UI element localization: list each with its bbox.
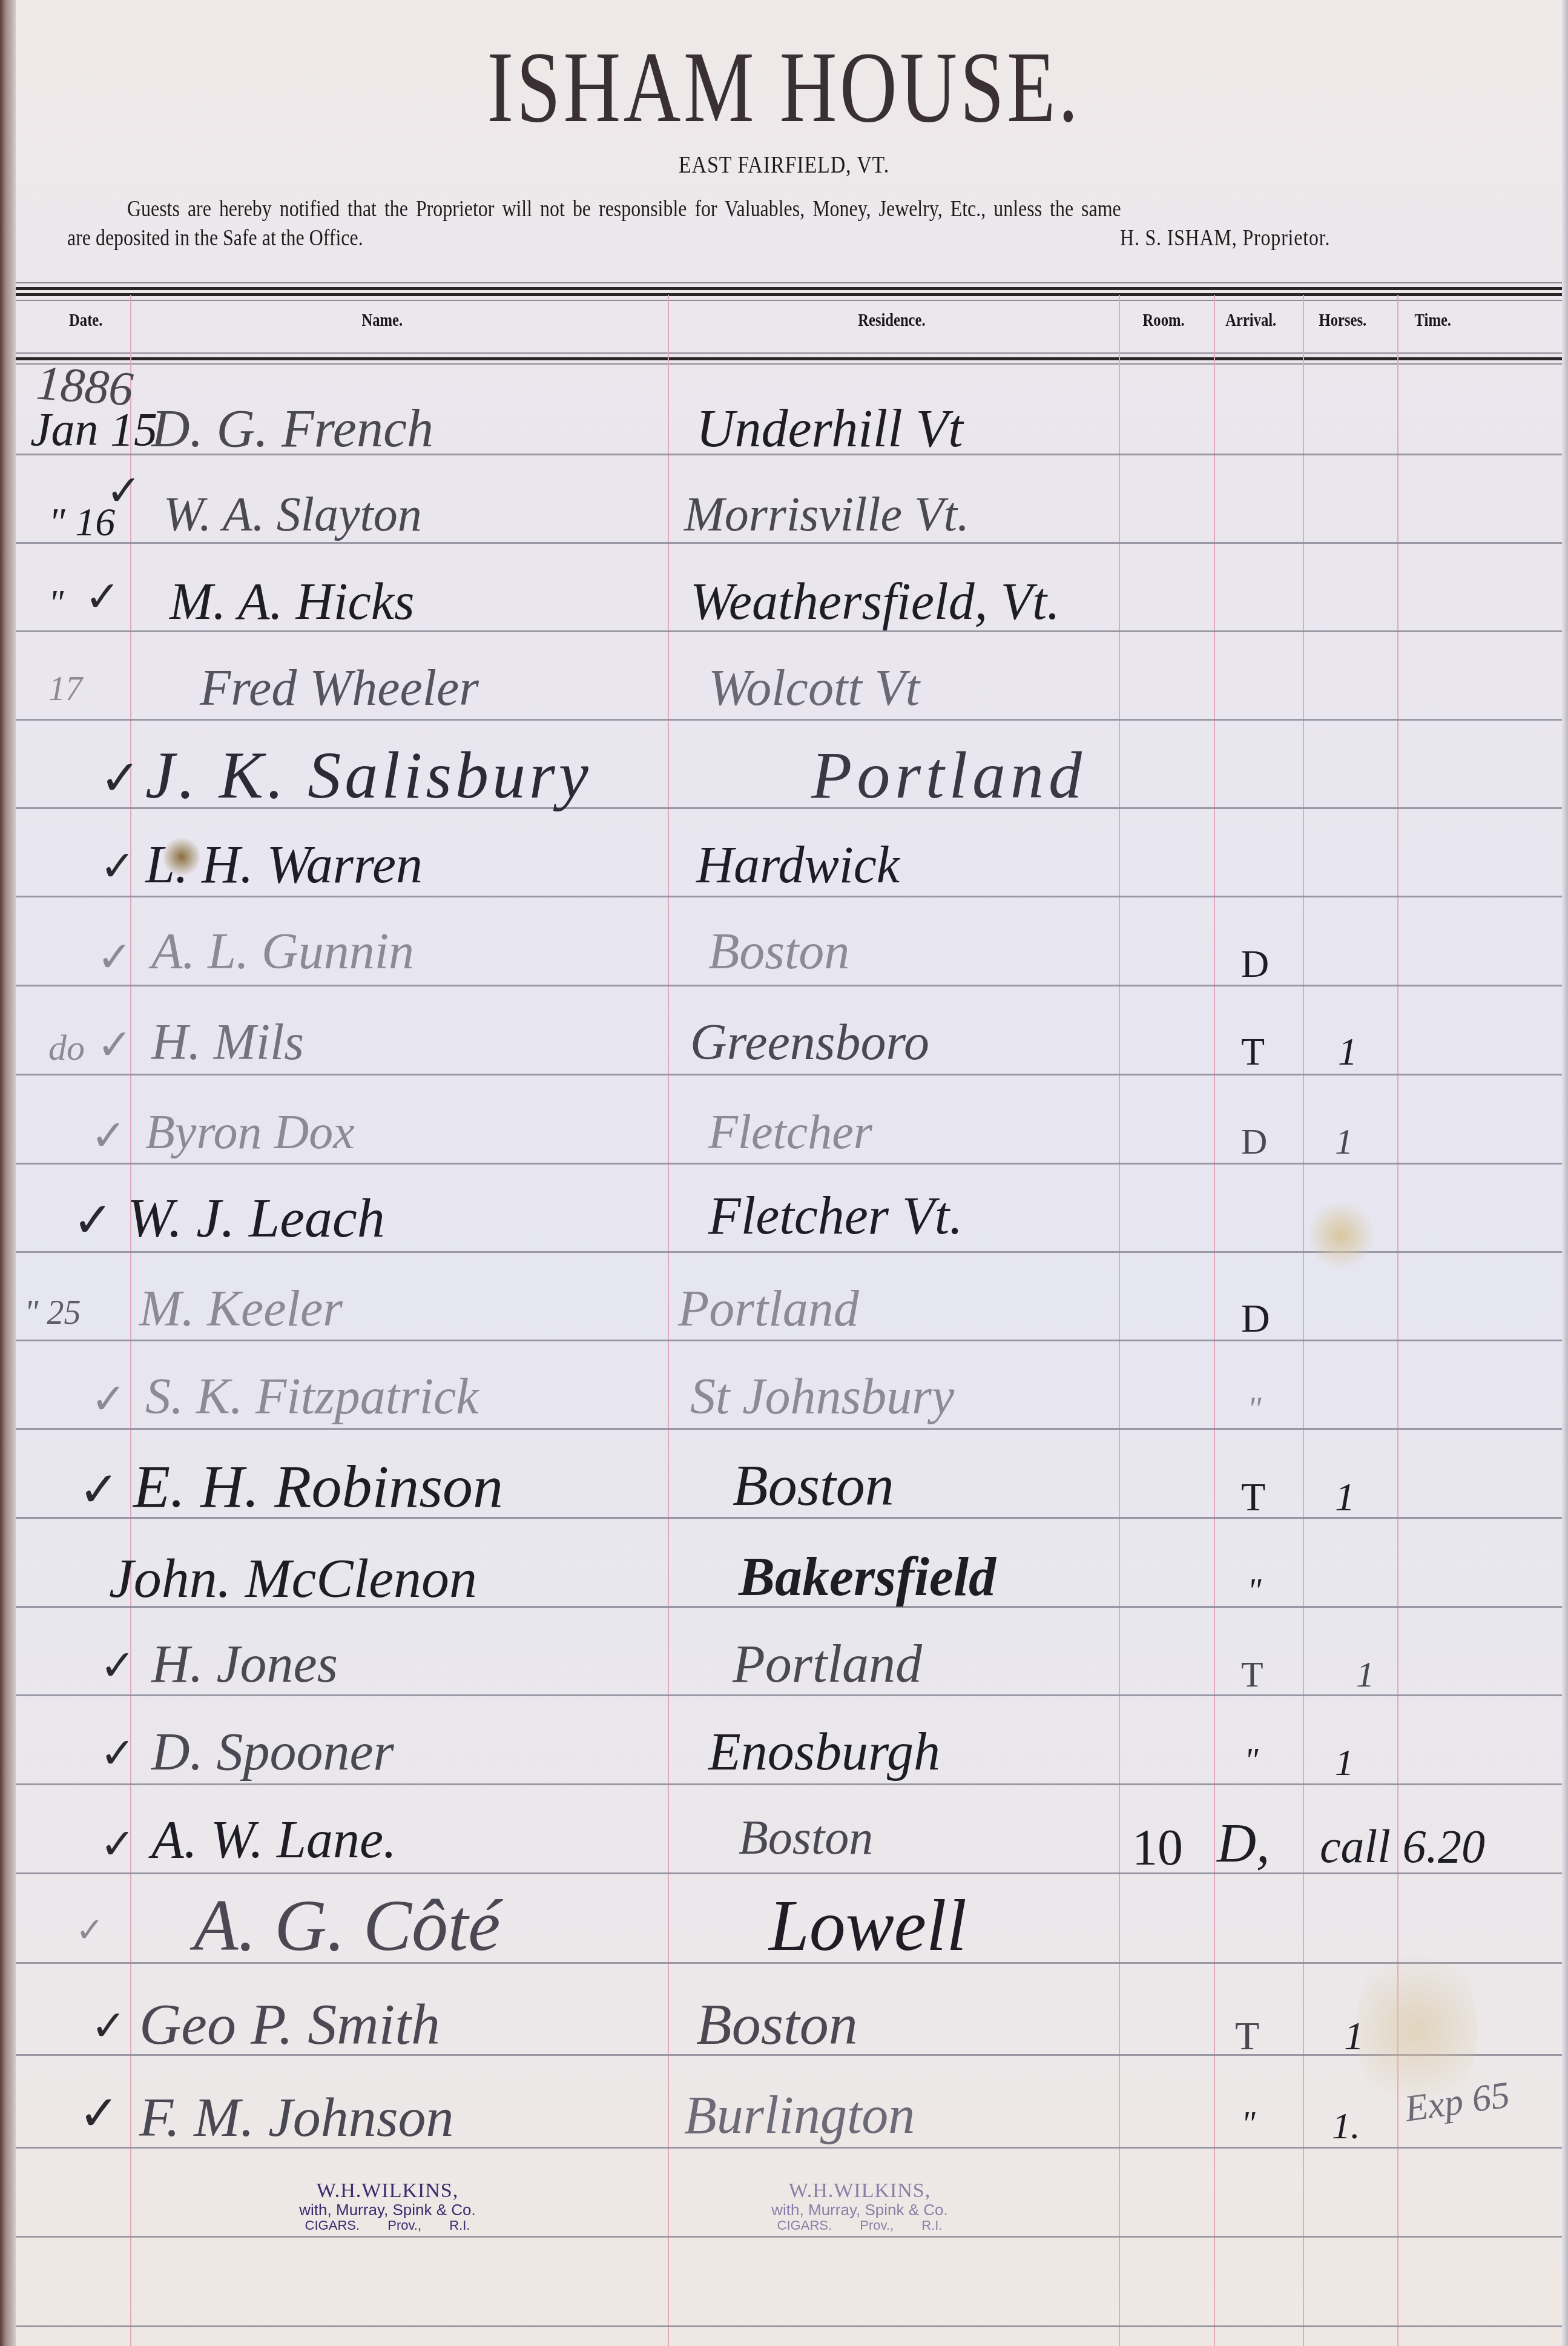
entry-horses: 1. [1332, 2107, 1360, 2145]
entry-arrival: T [1235, 2017, 1259, 2057]
entry-residence: Lowell [769, 1889, 967, 1962]
stamp-line-2: with, Murray, Spink & Co. [760, 2202, 960, 2218]
entry-arrival: D [1241, 1123, 1267, 1160]
entry-residence: Underhill Vt [696, 403, 963, 456]
entry-name: Geo P. Smith [139, 1995, 440, 2054]
entry-arrival: D [1241, 1299, 1270, 1339]
ink-blot [163, 836, 200, 878]
entry-residence: Bakersfield [739, 1550, 996, 1605]
checkmark-icon: ✓ [100, 845, 136, 887]
entry-residence: Portland [678, 1284, 859, 1335]
entry-residence: Fletcher Vt. [708, 1190, 963, 1243]
entry-residence: Hardwick [696, 839, 900, 891]
stamp-line-1: W.H.WILKINS, [760, 2180, 960, 2202]
entry-name: E. H. Robinson [133, 1456, 503, 1517]
column-header-horses: Horses. [1319, 310, 1367, 331]
stamp-line-3: CIGARS. Prov., R.I. [760, 2218, 960, 2232]
column-header-arrival: Arrival. [1225, 310, 1276, 331]
checkmark-icon: ✓ [91, 2004, 127, 2047]
header-rule [16, 293, 1562, 296]
entry-arrival: " [1247, 1393, 1262, 1427]
entry-arrival: " [1244, 1744, 1259, 1778]
entry-name: F. M. Johnson [139, 2089, 454, 2145]
row-line [16, 1694, 1562, 1696]
page-edge [1562, 0, 1568, 2346]
entry-date: 17 [48, 672, 82, 706]
paper-stain [1356, 1938, 1477, 2120]
column-header-name: Name. [361, 310, 403, 331]
entry-name: John. McClenon [109, 1550, 477, 1606]
column-header-date: Date. [69, 310, 102, 331]
entry-residence: Boston [708, 927, 849, 977]
checkmark-icon: ✓ [100, 1732, 136, 1774]
entry-name: D. Spooner [151, 1726, 394, 1779]
entry-residence: Fletcher [708, 1108, 872, 1157]
entry-date: Jan 15 [30, 406, 157, 453]
checkmark-icon: ✓ [79, 1465, 119, 1514]
row-line [16, 1783, 1562, 1785]
checkmark-icon: ✓ [100, 1644, 136, 1687]
notice-line-2: are deposited in the Safe at the Office. [67, 225, 363, 251]
row-line [16, 896, 1562, 897]
column-header-room: Room. [1143, 310, 1185, 331]
entry-residence: Portland [811, 742, 1087, 808]
entry-name: Fred Wheeler [200, 663, 479, 714]
entry-name: A. L. Gunnin [151, 927, 414, 977]
row-line [16, 1340, 1562, 1341]
entry-horses: 1 [1335, 1478, 1355, 1518]
entry-name: A. G. Côté [194, 1889, 501, 1962]
entry-residence: Enosburgh [708, 1726, 940, 1779]
column-divider [130, 295, 131, 2346]
entry-horses-note: call 6.20 [1320, 1823, 1485, 1870]
entry-date: " 16 [48, 503, 115, 543]
entry-residence: Greensboro [690, 1017, 929, 1068]
entry-name: H. Jones [151, 1638, 338, 1691]
header-rule [16, 300, 1562, 301]
row-line [16, 1074, 1562, 1076]
entry-arrival: D, [1217, 1817, 1270, 1871]
row-line [16, 985, 1562, 986]
entry-residence: Weathersfield, Vt. [690, 575, 1060, 627]
stamp-line-3: CIGARS. Prov., R.I. [285, 2218, 490, 2232]
entry-date: do [48, 1029, 85, 1066]
checkmark-icon: ✓ [91, 1114, 127, 1157]
entry-residence: Boston [733, 1456, 894, 1515]
checkmark-icon: ✓ [73, 1196, 113, 1244]
hotel-location: EAST FAIRFIELD, VT. [117, 151, 1451, 178]
entry-name: M. A. Hicks [170, 575, 414, 627]
header-rule [16, 352, 1562, 354]
checkmark-icon: ✓ [91, 1378, 127, 1420]
row-line [16, 2325, 1562, 2327]
column-divider [1303, 295, 1304, 2346]
entry-room: 10 [1132, 1823, 1183, 1874]
header-rule [16, 282, 1562, 283]
entry-arrival: T [1241, 1478, 1265, 1518]
entry-date: " [48, 584, 64, 621]
column-divider [1119, 295, 1120, 2346]
merchant-stamp: W.H.WILKINS, with, Murray, Spink & Co. C… [760, 2180, 960, 2232]
checkmark-icon: ✓ [100, 1823, 136, 1865]
entry-name: Byron Dox [145, 1108, 355, 1157]
entry-residence: Morrisville Vt. [684, 491, 969, 539]
entry-arrival: " [1241, 2107, 1256, 2141]
notice-line-1: Guests are hereby notified that the Prop… [127, 196, 1297, 222]
entry-arrival: T [1241, 1656, 1263, 1693]
header-rule [16, 287, 1562, 290]
entry-residence: Wolcott Vt [708, 663, 920, 714]
entry-name: H. Mils [151, 1017, 304, 1068]
column-header-residence: Residence. [858, 310, 925, 331]
checkmark-icon: ✓ [100, 754, 140, 802]
entry-name: M. Keeler [139, 1284, 343, 1335]
entry-residence: Burlington [684, 2089, 915, 2143]
register-page: ISHAM HOUSE. EAST FAIRFIELD, VT. Guests … [0, 0, 1568, 2346]
checkmark-icon: ✓ [97, 936, 133, 978]
row-line [16, 1872, 1562, 1874]
row-line [16, 1163, 1562, 1165]
proprietor-signature: H. S. ISHAM, Proprietor. [1120, 225, 1330, 251]
entry-horses: 1 [1356, 1656, 1374, 1693]
entry-residence: St Johnsbury [690, 1372, 954, 1422]
row-line [16, 1428, 1562, 1430]
entry-name: A. W. Lane. [151, 1814, 397, 1867]
entry-residence: Portland [733, 1638, 922, 1691]
entry-name: J. K. Salisbury [145, 742, 592, 808]
entry-name: S. K. Fitzpatrick [145, 1372, 479, 1422]
entry-horses: 1 [1338, 1033, 1357, 1071]
entry-arrival: T [1241, 1033, 1265, 1071]
entry-residence: Boston [739, 1814, 873, 1862]
checkmark-icon: ✓ [85, 575, 120, 618]
column-divider [1214, 295, 1215, 2346]
entry-residence: Boston [696, 1995, 858, 2054]
book-binding [0, 0, 16, 2346]
entry-name: W. J. Leach [127, 1190, 385, 1246]
entry-name: W. A. Slayton [163, 491, 422, 539]
stamp-line-2: with, Murray, Spink & Co. [285, 2202, 490, 2218]
entry-name: D. G. French [151, 403, 433, 456]
checkmark-icon: ✓ [76, 1914, 104, 1948]
header-rule [16, 357, 1562, 360]
entry-horses: 1 [1335, 1744, 1354, 1782]
row-line [16, 719, 1562, 721]
hotel-title: ISHAM HOUSE. [173, 36, 1395, 138]
entry-date: " 25 [24, 1296, 81, 1330]
header-rule [16, 363, 1562, 365]
merchant-stamp: W.H.WILKINS, with, Murray, Spink & Co. C… [285, 2180, 490, 2232]
paper-stain [1308, 1199, 1374, 1272]
column-divider [668, 295, 669, 2346]
entry-horses: 1 [1335, 1123, 1353, 1160]
entry-arrival: " [1247, 1574, 1262, 1608]
column-header-time: Time. [1415, 310, 1451, 331]
row-line [16, 542, 1562, 544]
entry-arrival: D [1241, 945, 1269, 983]
stamp-line-1: W.H.WILKINS, [285, 2180, 490, 2202]
row-line [16, 630, 1562, 632]
checkmark-icon: ✓ [79, 2089, 119, 2138]
row-line [16, 2236, 1562, 2238]
checkmark-icon: ✓ [97, 1023, 133, 1066]
